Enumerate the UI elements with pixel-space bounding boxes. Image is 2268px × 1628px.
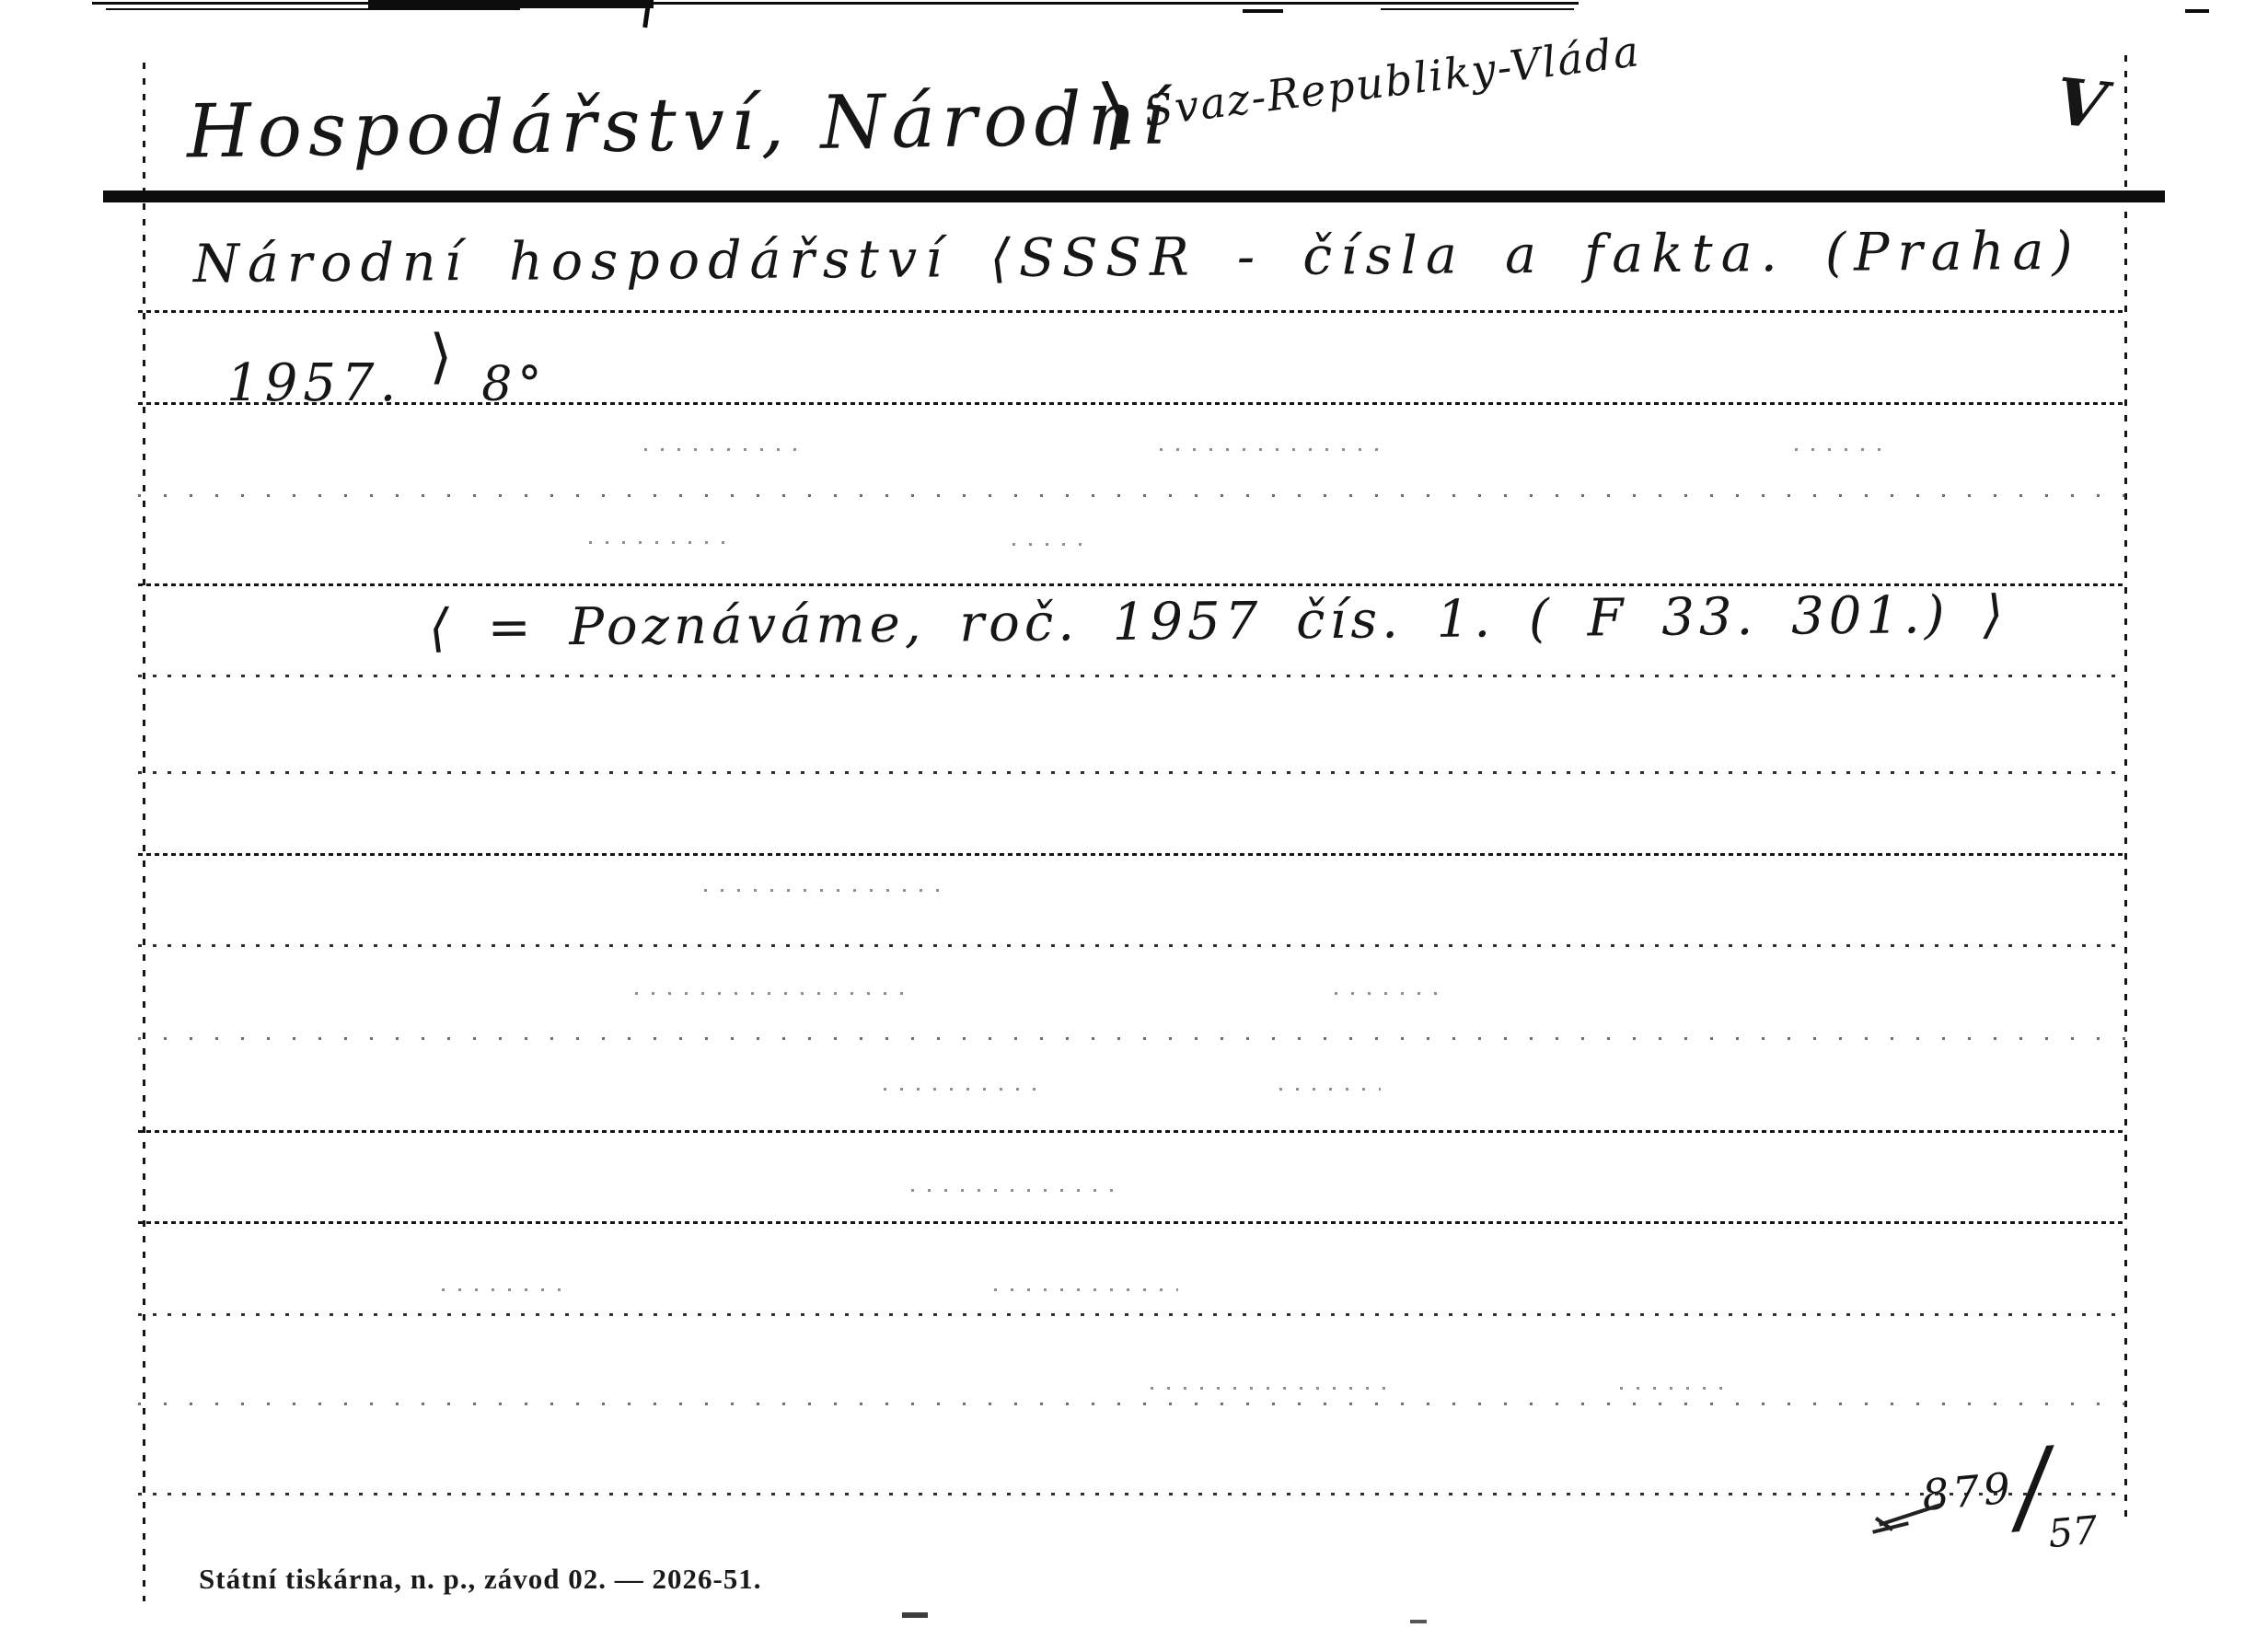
scan-edge-blotch	[368, 0, 654, 8]
series-reference-note: ⟨ = Poznáváme, roč. 1957 čís. 1. ( F 33.…	[429, 590, 2008, 655]
scan-edge-dash	[2185, 9, 2209, 13]
ruled-line	[138, 853, 2126, 856]
scan-noise	[1012, 543, 1095, 546]
heading-divider-rule	[103, 191, 2165, 202]
ruled-line	[138, 583, 2126, 586]
scan-noise	[1620, 1387, 1730, 1390]
scan-noise	[442, 1288, 571, 1291]
subject-heading: Hospodářství, Národní	[186, 82, 1172, 169]
scan-noise	[589, 541, 736, 544]
scan-edge-dash	[1243, 9, 1283, 13]
corner-mark: V	[2053, 69, 2109, 138]
scan-noise	[644, 448, 810, 451]
title-entry: Národní hospodářství ⟨SSSR - čísla a fak…	[193, 225, 2081, 291]
scan-edge-dash	[1410, 1620, 1427, 1623]
left-margin-rule	[143, 63, 145, 1601]
ruled-line	[138, 494, 2126, 497]
ruled-line	[138, 771, 2126, 774]
scan-edge-line	[92, 2, 1579, 5]
closing-bracket: ⟩	[429, 323, 457, 391]
ruled-line	[138, 1493, 2126, 1495]
scan-edge-line	[1381, 8, 1574, 10]
ruled-line	[138, 1221, 2126, 1224]
ruled-line	[138, 944, 2126, 947]
scan-edge-line	[106, 8, 520, 10]
scan-noise	[635, 992, 911, 995]
scan-noise	[1335, 992, 1445, 995]
ruled-line	[138, 1313, 2126, 1316]
catalog-card-scan: Hospodářství, Národní ⟩Svaz-Republiky-Vl…	[0, 0, 2268, 1628]
scan-noise	[884, 1088, 1049, 1091]
scan-noise	[704, 889, 953, 892]
right-margin-rule	[2124, 55, 2127, 1518]
accession-denominator: 57	[2046, 1507, 2100, 1556]
ruled-line	[138, 675, 2126, 677]
tracing-text: Svaz-Republiky-Vláda	[1141, 26, 1643, 136]
scan-noise	[1795, 448, 1887, 451]
pencil-scribble	[1872, 1502, 1955, 1539]
ruled-line	[138, 1130, 2126, 1133]
scan-noise	[911, 1189, 1114, 1192]
ruled-line	[138, 1037, 2126, 1040]
ruled-line	[138, 1403, 2126, 1405]
ruled-line	[138, 310, 2126, 313]
ruled-line	[138, 402, 2126, 405]
scan-edge-dash	[902, 1612, 928, 1618]
scan-noise	[1279, 1088, 1381, 1091]
scan-noise	[1160, 448, 1381, 451]
printer-imprint: Státní tiskárna, n. p., závod 02. — 2026…	[199, 1563, 762, 1596]
scan-noise	[994, 1288, 1178, 1291]
scan-noise	[1151, 1387, 1390, 1390]
tracing-note: ⟩Svaz-Republiky-Vláda	[1094, 9, 1644, 152]
